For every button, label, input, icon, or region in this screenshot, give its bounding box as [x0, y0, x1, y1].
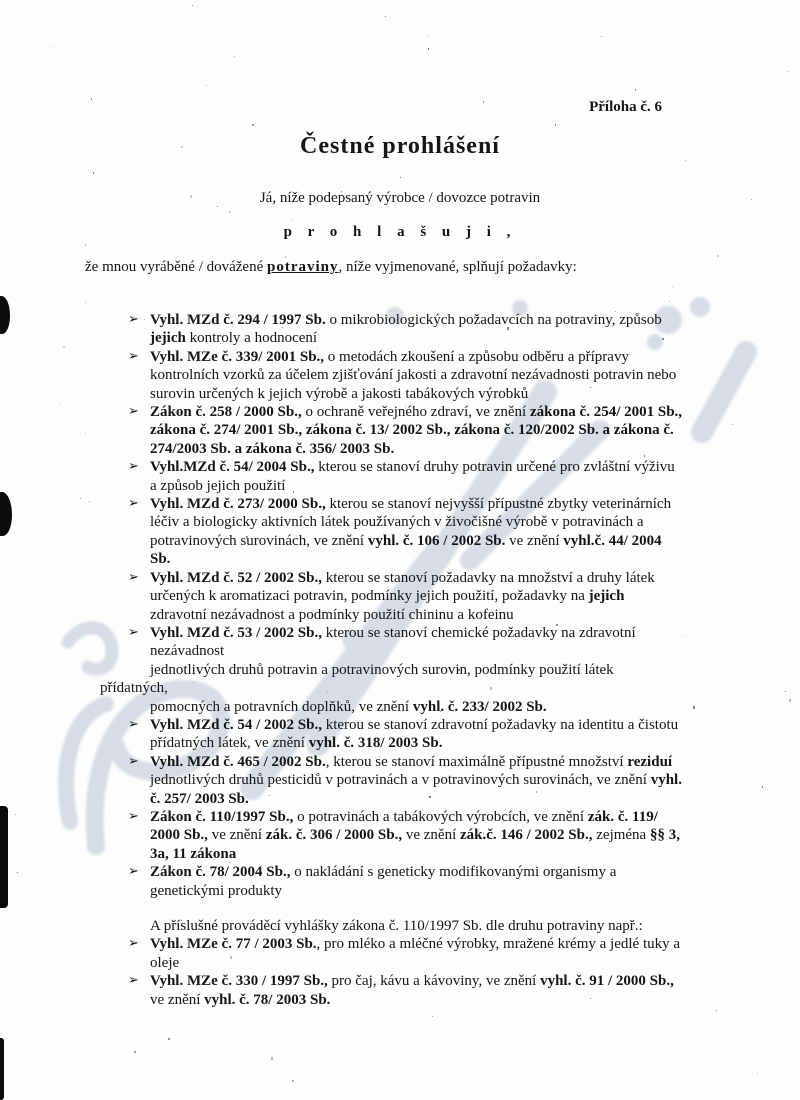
list-item: ➢Zákon č. 110/1997 Sb., o potravinách a …	[100, 808, 700, 863]
lead-suffix: , níže vyjmenované, splňují požadavky:	[339, 259, 577, 275]
law-reference-bold: Zákon č. 258 / 2000 Sb.,	[150, 404, 302, 420]
law-reference-bold: vyhl. č. 91 / 2000 Sb.,	[540, 973, 674, 989]
law-reference-bold: vyhl. č. 78/ 2003 Sb.	[204, 992, 330, 1008]
law-reference-bold: Vyhl. MZe č. 330 / 1997 Sb.,	[150, 973, 328, 989]
list-item: ➢Vyhl.MZd č. 54/ 2004 Sb., kterou se sta…	[100, 458, 700, 495]
law-text: ve znění	[402, 827, 460, 843]
scan-artifact-strip	[0, 806, 8, 908]
law-reference-bold: vyhl. č. 106 / 2002 Sb.	[368, 533, 506, 549]
law-text: ve znění	[208, 827, 266, 843]
arrow-bullet-icon: ➢	[128, 808, 150, 826]
page-title: Čestné prohlášení	[0, 133, 800, 160]
law-text: nezávadnost	[150, 643, 224, 659]
arrow-bullet-icon: ➢	[128, 495, 150, 513]
list-item-text: Zákon č. 258 / 2000 Sb., o ochraně veřej…	[150, 403, 683, 458]
arrow-bullet-icon: ➢	[128, 569, 150, 587]
arrow-bullet-icon: ➢	[128, 935, 150, 953]
law-text: , kterou se stanoví maximálně přípustné …	[326, 754, 628, 770]
list-item-line: pomocných a potravních doplňků, ve znění…	[150, 698, 683, 716]
law-reference-bold: Vyhl. MZe č. 339/ 2001 Sb.,	[150, 349, 324, 365]
law-list: ➢Vyhl. MZd č. 294 / 1997 Sb. o mikrobiol…	[100, 311, 700, 900]
arrow-bullet-icon: ➢	[128, 458, 150, 476]
law-text: pomocných a potravních doplňků, ve znění	[150, 699, 413, 715]
lead-prefix: že mnou vyráběné / dovážené	[85, 259, 267, 275]
intro-line: Já, níže podepsaný výrobce / dovozce pot…	[0, 190, 800, 207]
law-reference-bold: Vyhl. MZe č. 77 / 2003 Sb.	[150, 936, 317, 952]
list-item: ➢Zákon č. 258 / 2000 Sb., o ochraně veře…	[100, 403, 700, 458]
law-reference-bold: zák.č. 146 / 2002 Sb.,	[460, 827, 593, 843]
list-item: ➢Vyhl. MZd č. 273/ 2000 Sb., kterou se s…	[100, 495, 700, 569]
law-text: o mikrobiologických požadavcích na potra…	[326, 312, 662, 328]
law-text: zejména	[593, 827, 650, 843]
list-item-text: Vyhl. MZd č. 465 / 2002 Sb., kterou se s…	[150, 753, 683, 808]
lead-sentence: že mnou vyráběné / dovážené potraviny, n…	[85, 259, 765, 276]
scan-artifact-blob	[0, 296, 10, 334]
law-reference-bold: vyhl. č. 233/ 2002 Sb.	[413, 699, 547, 715]
annex-label: Příloha č. 6	[589, 99, 662, 116]
scan-artifact-strip	[0, 1038, 4, 1100]
list-item-text: Vyhl.MZd č. 54/ 2004 Sb., kterou se stan…	[150, 458, 683, 495]
list-item: ➢Vyhl. MZd č. 53 / 2002 Sb., kterou se s…	[100, 624, 700, 716]
list-item-text: Vyhl. MZd č. 53 / 2002 Sb., kterou se st…	[150, 624, 683, 716]
list-item-text: Zákon č. 110/1997 Sb., o potravinách a t…	[150, 808, 683, 863]
law-reference-bold: zák. č. 306 / 2000 Sb.,	[266, 827, 402, 843]
arrow-bullet-icon: ➢	[128, 716, 150, 734]
arrow-bullet-icon: ➢	[128, 972, 150, 990]
law-reference-bold: Vyhl. MZd č. 52 / 2002 Sb.,	[150, 570, 322, 586]
arrow-bullet-icon: ➢	[128, 403, 150, 421]
law-text: přídatných,	[100, 680, 168, 696]
law-reference-bold: Zákon č. 78/ 2004 Sb.,	[150, 864, 290, 880]
list-item-text: Zákon č. 78/ 2004 Sb., o nakládání s gen…	[150, 863, 683, 900]
list-item: ➢Zákon č. 78/ 2004 Sb., o nakládání s ge…	[100, 863, 700, 900]
law-text: o ochraně veřejného zdraví, ve znění	[302, 404, 530, 420]
arrow-bullet-icon: ➢	[128, 311, 150, 329]
list-item-text: Vyhl. MZe č. 339/ 2001 Sb., o metodách z…	[150, 348, 683, 403]
list-item-text: Vyhl. MZd č. 273/ 2000 Sb., kterou se st…	[150, 495, 683, 569]
law-text: ve znění	[150, 992, 204, 1008]
list-item-text: Vyhl. MZe č. 77 / 2003 Sb., pro mléko a …	[150, 935, 683, 972]
law-text: ve znění	[505, 533, 563, 549]
law-reference-bold: Vyhl. MZd č. 53 / 2002 Sb.,	[150, 625, 322, 641]
scanned-document-page: Příloha č. 6 Čestné prohlášení Já, níže …	[0, 0, 800, 1100]
arrow-bullet-icon: ➢	[128, 863, 150, 881]
law-reference-bold: Vyhl. MZd č. 465 / 2002 Sb.	[150, 754, 326, 770]
list-item: ➢Vyhl. MZe č. 339/ 2001 Sb., o metodách …	[100, 348, 700, 403]
scan-artifact-blob	[0, 492, 12, 536]
law-reference-bold: reziduí	[627, 754, 672, 770]
list-item: ➢Vyhl. MZd č. 465 / 2002 Sb., kterou se …	[100, 753, 700, 808]
list-item-text: Vyhl. MZd č. 54 / 2002 Sb., kterou se st…	[150, 716, 683, 753]
list-item-text: Vyhl. MZd č. 52 / 2002 Sb., kterou se st…	[150, 569, 683, 624]
law-reference-bold: jejich	[589, 588, 625, 604]
list-item-line: nezávadnost	[150, 642, 683, 660]
law-text: o potravinách a tabákových výrobcích, ve…	[293, 809, 587, 825]
law-reference-bold: jejich	[150, 330, 186, 346]
list-item-line: přídatných,	[100, 679, 683, 697]
list-item: ➢Vyhl. MZd č. 52 / 2002 Sb., kterou se s…	[100, 569, 700, 624]
law-text: kterou se stanoví chemické požadavky na …	[322, 625, 636, 641]
list-item: ➢Vyhl. MZe č. 77 / 2003 Sb., pro mléko a…	[100, 935, 700, 972]
lead-emphasis: potraviny	[267, 259, 339, 275]
law-text: pro čaj, kávu a kávoviny, ve znění	[328, 973, 540, 989]
list-item-line: jednotlivých druhů potravin a potravinov…	[150, 661, 683, 679]
list-item: ➢Vyhl. MZd č. 54 / 2002 Sb., kterou se s…	[100, 716, 700, 753]
law-text: kontroly a hodnocení	[186, 330, 317, 346]
law-reference-bold: Vyhl.MZd č. 54/ 2004 Sb.,	[150, 459, 314, 475]
example-law-list: ➢Vyhl. MZe č. 77 / 2003 Sb., pro mléko a…	[100, 935, 700, 1009]
list-item: ➢Vyhl. MZe č. 330 / 1997 Sb., pro čaj, k…	[100, 972, 700, 1009]
law-reference-bold: Vyhl. MZd č. 54 / 2002 Sb.,	[150, 717, 322, 733]
list-item-line: Vyhl. MZd č. 53 / 2002 Sb., kterou se st…	[150, 624, 683, 642]
list-item: ➢Vyhl. MZd č. 294 / 1997 Sb. o mikrobiol…	[100, 311, 700, 348]
list-item-text: Vyhl. MZe č. 330 / 1997 Sb., pro čaj, ká…	[150, 972, 683, 1009]
law-reference-bold: vyhl. č. 318/ 2003 Sb.	[309, 735, 443, 751]
law-reference-bold: Vyhl. MZd č. 273/ 2000 Sb.,	[150, 496, 326, 512]
law-text: jednotlivých druhů potravin a potravinov…	[150, 662, 614, 678]
law-reference-bold: Vyhl. MZd č. 294 / 1997 Sb.	[150, 312, 326, 328]
interlude-paragraph: A příslušné prováděcí vyhlášky zákona č.…	[150, 917, 700, 935]
arrow-bullet-icon: ➢	[128, 624, 150, 642]
law-text: jednotlivých druhů pesticidů v potraviná…	[150, 772, 651, 788]
arrow-bullet-icon: ➢	[128, 753, 150, 771]
declaration-word: p r o h l a š u j i ,	[0, 224, 800, 241]
regulation-lists: ➢Vyhl. MZd č. 294 / 1997 Sb. o mikrobiol…	[100, 311, 700, 1009]
law-text: zdravotní nezávadnost a podmínky použití…	[150, 607, 514, 623]
list-item-text: Vyhl. MZd č. 294 / 1997 Sb. o mikrobiolo…	[150, 311, 683, 348]
arrow-bullet-icon: ➢	[128, 348, 150, 366]
law-reference-bold: Zákon č. 110/1997 Sb.,	[150, 809, 293, 825]
